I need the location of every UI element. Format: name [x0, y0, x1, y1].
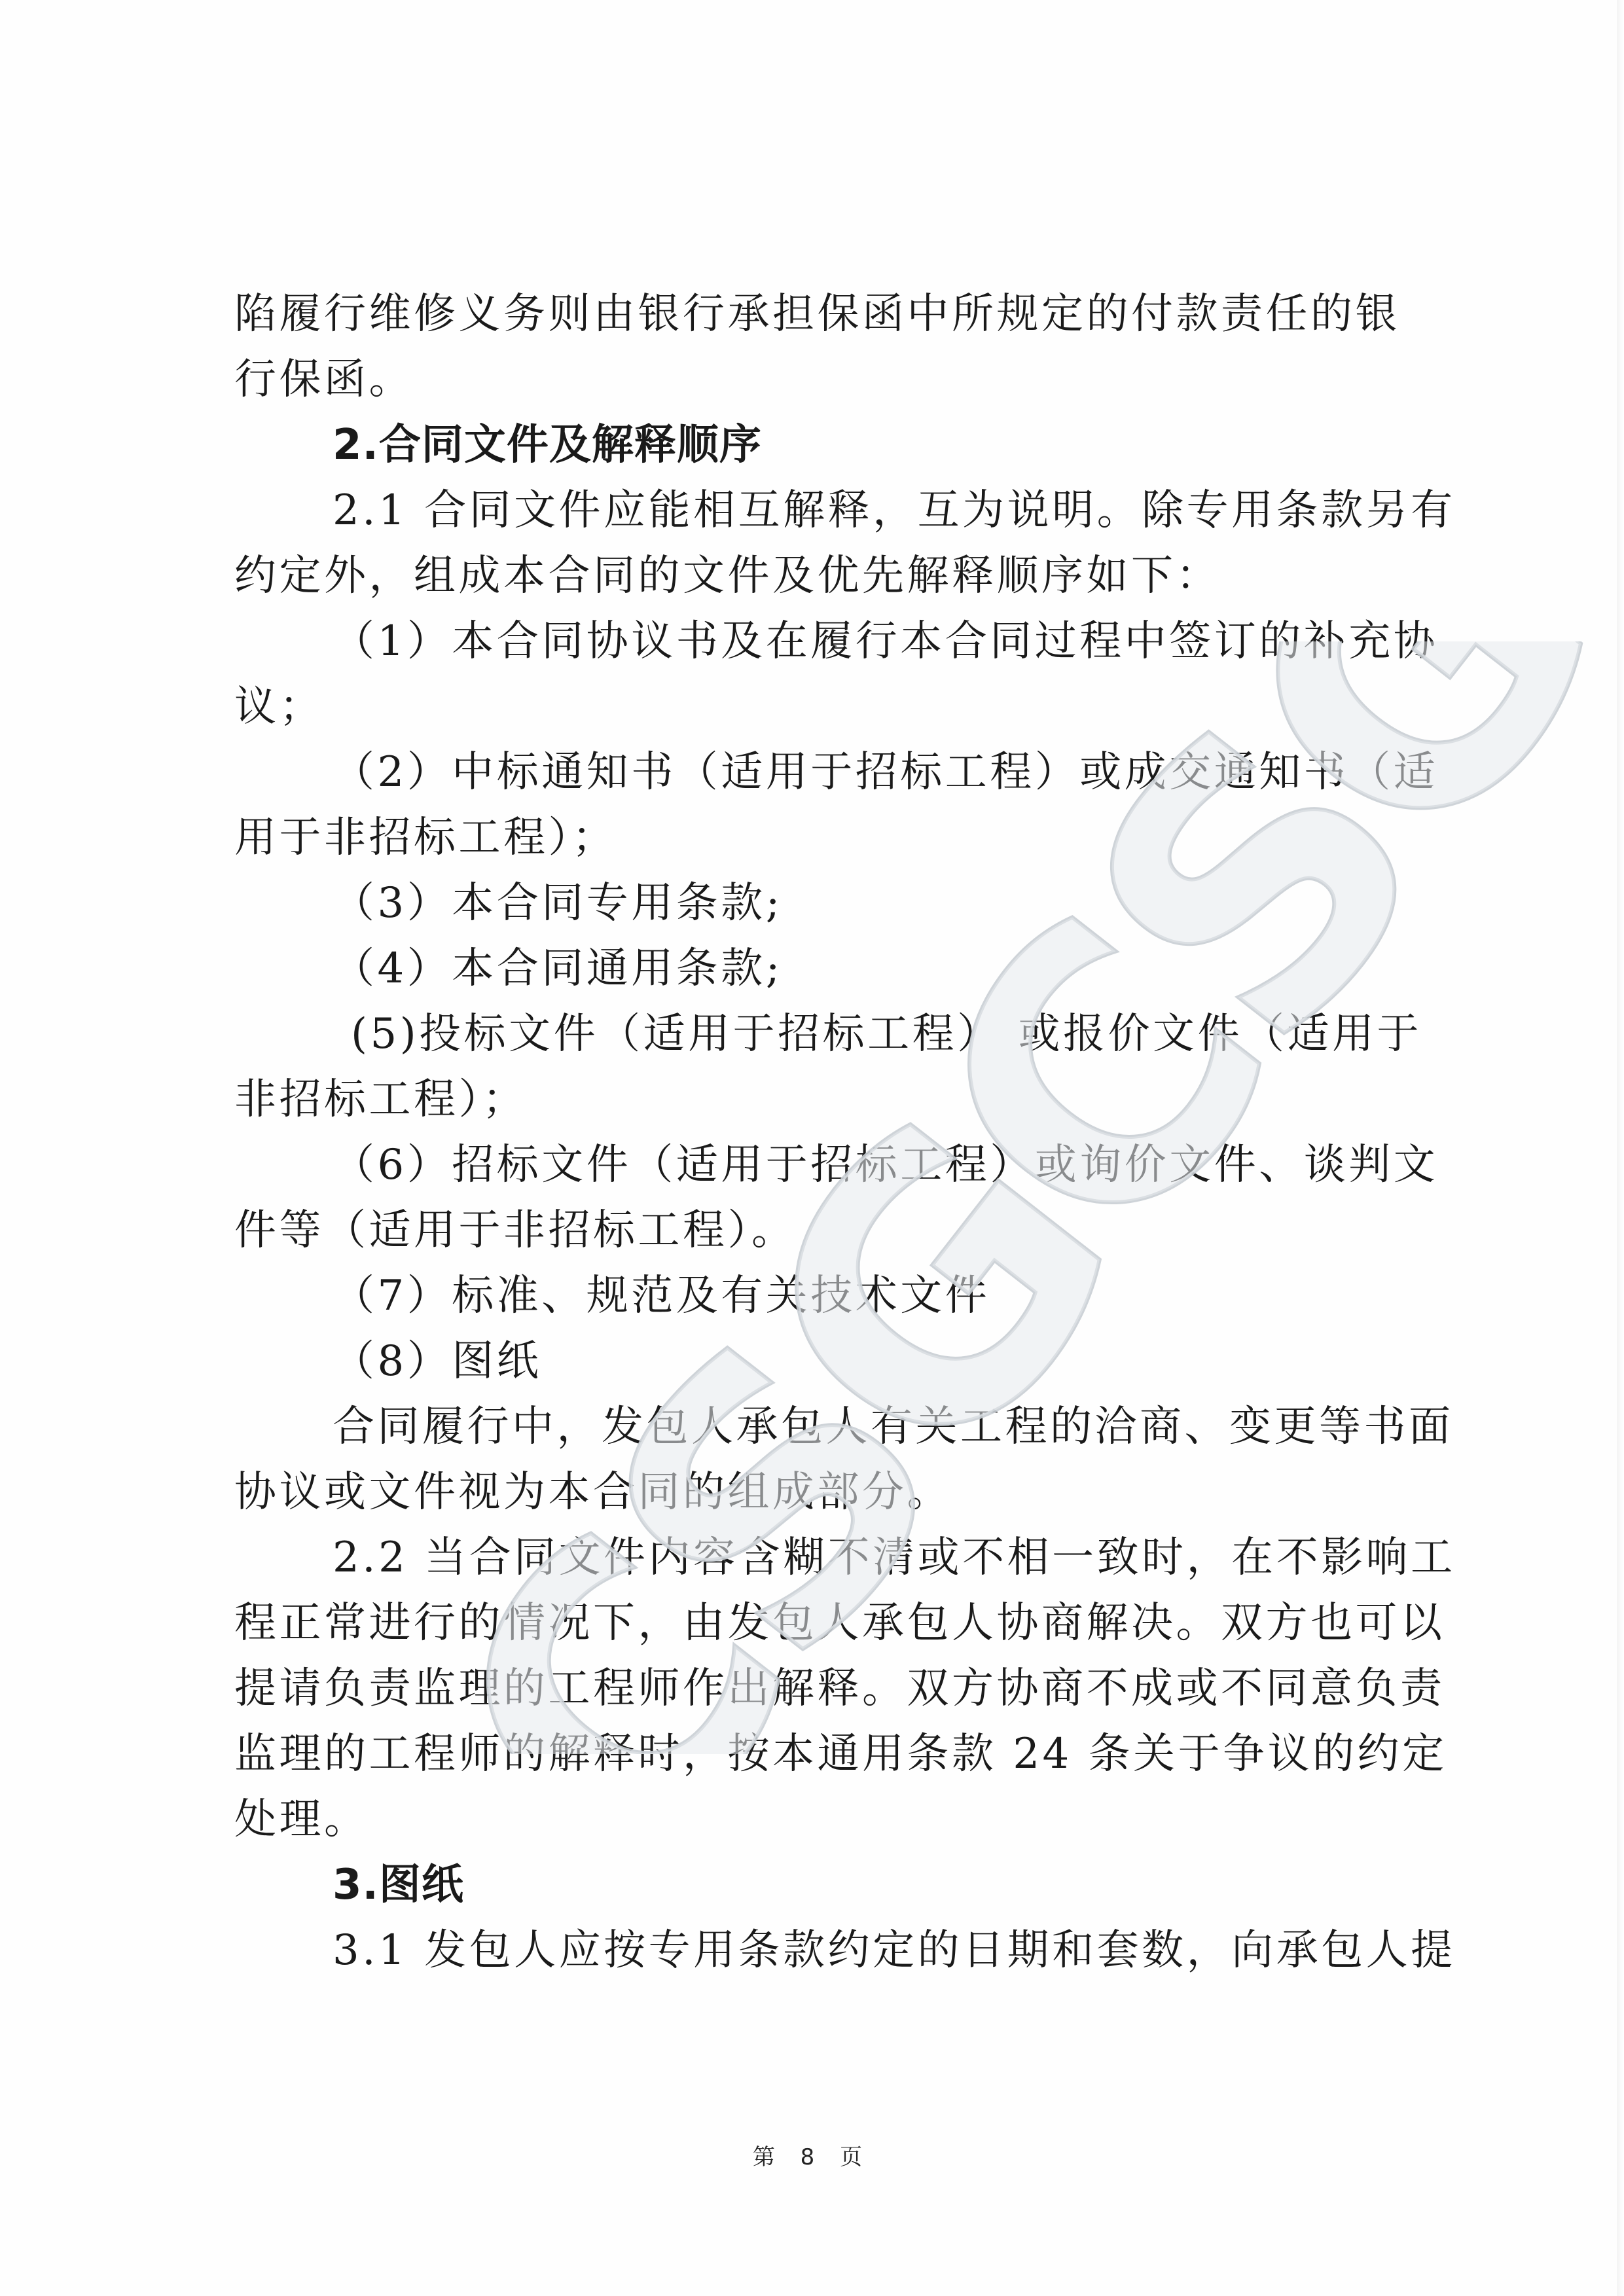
list-item-6: （6）招标文件（适用于招标工程）或询价文件、谈判文	[234, 1132, 1473, 1198]
list-item-3: （3）本合同专用条款;	[234, 870, 1473, 936]
clause-2-2: 2.2 当合同文件内容含糊不清或不相一致时，在不影响工	[234, 1525, 1473, 1590]
list-item-1: （1）本合同协议书及在履行本合同过程中签订的补充协	[234, 609, 1473, 674]
list-item-2: （2）中标通知书（适用于招标工程）或成交通知书（适	[234, 740, 1473, 805]
clause-3-1: 3.1 发包人应按专用条款约定的日期和套数，向承包人提	[234, 1918, 1473, 1983]
scan-edge	[1617, 0, 1624, 2296]
body-line: 提请负责监理的工程师作出解释。双方协商不成或不同意负责	[234, 1656, 1473, 1721]
body-line: 陷履行维修义务则由银行承担保函中所规定的付款责任的银	[234, 281, 1473, 347]
body-line: 处理。	[234, 1787, 1473, 1852]
list-item-5: (5)投标文件（适用于招标工程） 或报价文件（适用于	[234, 1001, 1473, 1067]
body-line: 约定外，组成本合同的文件及优先解释顺序如下：	[234, 543, 1473, 609]
body-line: 议；	[234, 674, 1473, 740]
body-line: 协议或文件视为本合同的组成部分。	[234, 1460, 1473, 1525]
body-line: 件等（适用于非招标工程）。	[234, 1198, 1473, 1263]
list-item-7: （7）标准、规范及有关技术文件	[234, 1263, 1473, 1329]
clause-2-1: 2.1 合同文件应能相互解释，互为说明。除专用条款另有	[234, 478, 1473, 543]
document-page: 陷履行维修义务则由银行承担保函中所规定的付款责任的银 行保函。 2.合同文件及解…	[0, 0, 1624, 2296]
list-item-8: （8）图纸	[234, 1329, 1473, 1394]
body-line: 监理的工程师的解释时，按本通用条款 24 条关于争议的约定	[234, 1721, 1473, 1787]
page-number: 第 8 页	[0, 2139, 1624, 2171]
body-line: 用于非招标工程）；	[234, 805, 1473, 870]
paragraph-line: 合同履行中，发包人承包人有关工程的洽商、变更等书面	[234, 1394, 1473, 1460]
body-line: 非招标工程）；	[234, 1067, 1473, 1132]
section-heading-2: 2.合同文件及解释顺序	[234, 412, 1473, 478]
section-heading-3: 3.图纸	[234, 1852, 1473, 1918]
body-line: 行保函。	[234, 347, 1473, 412]
document-body: 陷履行维修义务则由银行承担保函中所规定的付款责任的银 行保函。 2.合同文件及解…	[234, 281, 1473, 1983]
list-item-4: （4）本合同通用条款;	[234, 936, 1473, 1001]
body-line: 程正常进行的情况下，由发包人承包人协商解决。双方也可以	[234, 1590, 1473, 1656]
